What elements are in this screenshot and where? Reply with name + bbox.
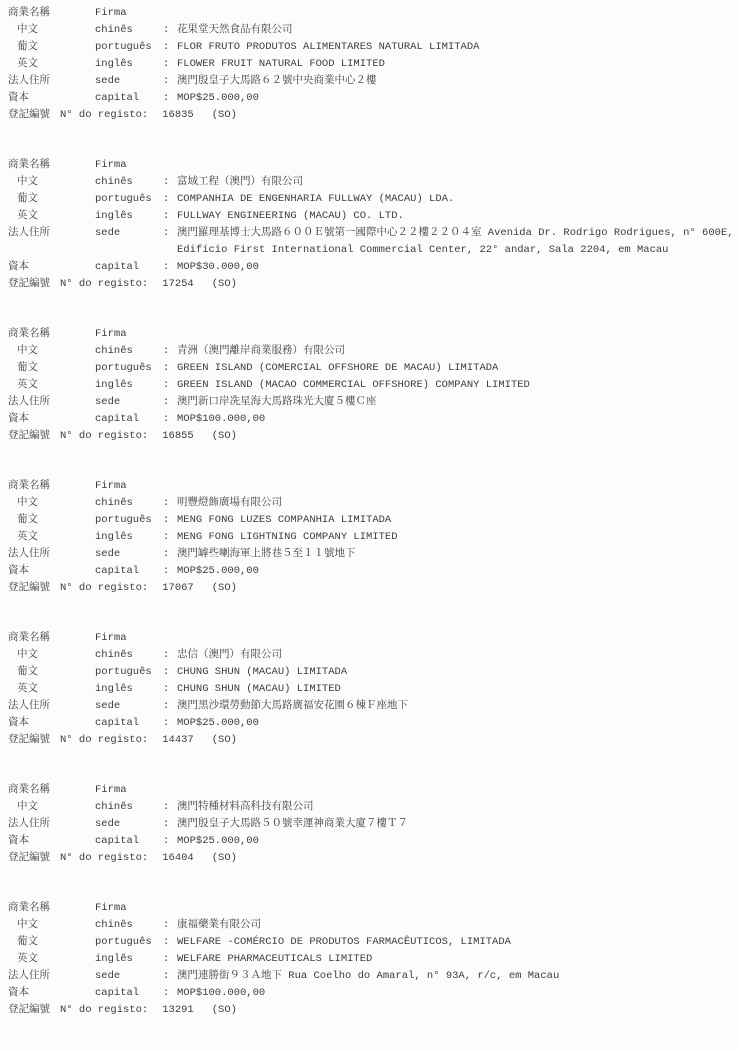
field-firma: 商業名稱Firma <box>8 157 738 174</box>
field-chinese-name: 中文chinês:富域工程（澳門）有限公司 <box>8 174 738 191</box>
registo-number: 16404 <box>162 850 194 867</box>
field-chinese-name-label-zh: 中文 <box>8 917 95 934</box>
field-portuguese-name: 葡文português:MENG FONG LUZES COMPANHIA LI… <box>8 512 738 529</box>
field-firma-label-zh: 商業名稱 <box>8 478 95 495</box>
field-sede-value: :澳門連勝街９３Ａ地下 Rua Coelho do Amaral, n° 93A… <box>163 968 738 985</box>
field-english-name-label-zh: 英文 <box>8 529 95 546</box>
field-portuguese-name-label-pt: português <box>95 191 163 208</box>
colon-separator: : <box>163 816 177 833</box>
field-registo: 登記編號N° do registo:17067(SO) <box>8 580 738 597</box>
registo-label-zh: 登記編號 <box>8 850 50 867</box>
field-portuguese-name-value: :COMPANHIA DE ENGENHARIA FULLWAY (MACAU)… <box>163 191 738 208</box>
field-chinese-name-label-pt: chinês <box>95 174 163 191</box>
field-chinese-name: 中文chinês:康福藥業有限公司 <box>8 917 738 934</box>
field-capital-value: :MOP$25.000,00 <box>163 563 738 580</box>
registo-suffix: (SO) <box>212 1002 237 1019</box>
field-capital-label-zh: 資本 <box>8 985 95 1002</box>
field-capital-label-pt: capital <box>95 833 163 850</box>
colon-separator: : <box>163 563 177 580</box>
field-sede-value: :澳門黑沙環勞動節大馬路廣福安花園６棟Ｆ座地下 <box>163 698 738 715</box>
field-capital: 資本capital:MOP$25.000,00 <box>8 90 738 107</box>
registo-label-pt: N° do registo: <box>60 428 148 445</box>
field-portuguese-name-value: :CHUNG SHUN (MACAU) LIMITADA <box>163 664 738 681</box>
field-registo: 登記編號N° do registo:16855(SO) <box>8 428 738 445</box>
registo-number: 16835 <box>162 107 194 124</box>
field-chinese-name-value: :明豐燈飾廣場有限公司 <box>163 495 738 512</box>
colon-separator: : <box>163 664 177 681</box>
field-portuguese-name-text: MENG FONG LUZES COMPANHIA LIMITADA <box>177 514 391 526</box>
field-capital-text: MOP$25.000,00 <box>177 835 259 847</box>
field-english-name-value: :FLOWER FRUIT NATURAL FOOD LIMITED <box>163 56 738 73</box>
field-firma-label-zh: 商業名稱 <box>8 157 95 174</box>
field-sede-text: 澳門罅些喇海軍上將巷５至１１號地下 <box>177 548 356 560</box>
colon-separator: : <box>163 529 177 546</box>
field-firma: 商業名稱Firma <box>8 782 738 799</box>
field-firma-label-zh: 商業名稱 <box>8 900 95 917</box>
registry-page: 商業名稱Firma中文chinês:花果堂天然食品有限公司葡文português… <box>0 0 738 1019</box>
field-capital-label-zh: 資本 <box>8 259 95 276</box>
field-english-name-label-zh: 英文 <box>8 56 95 73</box>
field-capital-label-pt: capital <box>95 985 163 1002</box>
field-portuguese-name-text: FLOR FRUTO PRODUTOS ALIMENTARES NATURAL … <box>177 41 479 53</box>
field-chinese-name-value: :青洲（澳門離岸商業服務）有限公司 <box>163 343 738 360</box>
registo-label-pt: N° do registo: <box>60 850 148 867</box>
field-chinese-name: 中文chinês:花果堂天然食品有限公司 <box>8 22 738 39</box>
field-capital-text: MOP$25.000,00 <box>177 565 259 577</box>
field-firma-label-pt: Firma <box>95 630 163 647</box>
field-capital-label-zh: 資本 <box>8 833 95 850</box>
field-chinese-name-label-pt: chinês <box>95 799 163 816</box>
colon-separator: : <box>163 22 177 39</box>
registry-entry: 商業名稱Firma中文chinês:康福藥業有限公司葡文português:WE… <box>8 900 738 1019</box>
colon-separator: : <box>163 174 177 191</box>
field-english-name-value: :WELFARE PHARMACEUTICALS LIMITED <box>163 951 738 968</box>
colon-separator: : <box>163 934 177 951</box>
field-capital: 資本capital:MOP$100.000,00 <box>8 985 738 1002</box>
field-english-name-label-pt: inglês <box>95 951 163 968</box>
field-portuguese-name: 葡文português:WELFARE -COMÉRCIO DE PRODUTO… <box>8 934 738 951</box>
field-sede-label-pt: sede <box>95 698 163 715</box>
registo-label-zh: 登記編號 <box>8 1002 50 1019</box>
field-firma-label-pt: Firma <box>95 326 163 343</box>
field-capital: 資本capital:MOP$30.000,00 <box>8 259 738 276</box>
colon-separator: : <box>163 681 177 698</box>
field-portuguese-name-label-pt: português <box>95 360 163 377</box>
field-portuguese-name-value: :GREEN ISLAND (COMERCIAL OFFSHORE DE MAC… <box>163 360 738 377</box>
field-chinese-name-label-zh: 中文 <box>8 174 95 191</box>
field-registo: 登記編號N° do registo:16835(SO) <box>8 107 738 124</box>
registo-number: 17254 <box>162 276 194 293</box>
field-capital-value: :MOP$25.000,00 <box>163 833 738 850</box>
colon-separator: : <box>163 225 177 242</box>
field-chinese-name-text: 青洲（澳門離岸商業服務）有限公司 <box>177 345 345 357</box>
field-chinese-name-value: :澳門特種材料高科技有限公司 <box>163 799 738 816</box>
field-capital-text: MOP$100.000,00 <box>177 987 265 999</box>
field-chinese-name-text: 澳門特種材料高科技有限公司 <box>177 801 314 813</box>
registo-label-pt: N° do registo: <box>60 107 148 124</box>
colon-separator: : <box>163 73 177 90</box>
field-chinese-name-label-zh: 中文 <box>8 22 95 39</box>
registo-label-zh: 登記編號 <box>8 276 50 293</box>
colon-separator: : <box>163 191 177 208</box>
field-firma-label-zh: 商業名稱 <box>8 630 95 647</box>
registo-label-zh: 登記編號 <box>8 580 50 597</box>
colon-separator: : <box>163 512 177 529</box>
field-portuguese-name-text: COMPANHIA DE ENGENHARIA FULLWAY (MACAU) … <box>177 193 454 205</box>
field-firma-label-zh: 商業名稱 <box>8 782 95 799</box>
field-english-name-text: WELFARE PHARMACEUTICALS LIMITED <box>177 953 372 965</box>
field-portuguese-name-text: GREEN ISLAND (COMERCIAL OFFSHORE DE MACA… <box>177 362 498 374</box>
field-portuguese-name-label-zh: 葡文 <box>8 191 95 208</box>
field-capital-label-zh: 資本 <box>8 411 95 428</box>
field-chinese-name-label-zh: 中文 <box>8 343 95 360</box>
field-sede-label-zh: 法人住所 <box>8 73 95 90</box>
field-english-name-value: :MENG FONG LIGHTNING COMPANY LIMITED <box>163 529 738 546</box>
field-sede-label-pt: sede <box>95 546 163 563</box>
field-sede-value: :澳門罅些喇海軍上將巷５至１１號地下 <box>163 546 738 563</box>
field-english-name-label-zh: 英文 <box>8 377 95 394</box>
colon-separator: : <box>163 917 177 934</box>
field-sede-label-pt: sede <box>95 73 163 90</box>
field-capital-label-zh: 資本 <box>8 563 95 580</box>
field-sede: 法人住所sede:澳門連勝街９３Ａ地下 Rua Coelho do Amaral… <box>8 968 738 985</box>
field-sede-value: :澳門殷皇子大馬路６２號中央商業中心２樓 <box>163 73 738 90</box>
field-sede-text: 澳門新口岸冼星海大馬路珠光大廈５樓Ｃ座 <box>177 396 377 408</box>
field-chinese-name: 中文chinês:青洲（澳門離岸商業服務）有限公司 <box>8 343 738 360</box>
field-capital-value: :MOP$25.000,00 <box>163 715 738 732</box>
field-english-name-label-pt: inglês <box>95 681 163 698</box>
colon-separator: : <box>163 394 177 411</box>
field-sede-value: :澳門新口岸冼星海大馬路珠光大廈５樓Ｃ座 <box>163 394 738 411</box>
field-english-name-value: :FULLWAY ENGINEERING (MACAU) CO. LTD. <box>163 208 738 225</box>
field-portuguese-name-label-pt: português <box>95 39 163 56</box>
field-portuguese-name-label-zh: 葡文 <box>8 934 95 951</box>
registo-label-pt: N° do registo: <box>60 580 148 597</box>
field-sede-label-zh: 法人住所 <box>8 394 95 411</box>
field-english-name: 英文inglês:WELFARE PHARMACEUTICALS LIMITED <box>8 951 738 968</box>
registo-label-zh: 登記編號 <box>8 107 50 124</box>
field-registo: 登記編號N° do registo:14437(SO) <box>8 732 738 749</box>
field-capital-value: :MOP$30.000,00 <box>163 259 738 276</box>
field-english-name: 英文inglês:FLOWER FRUIT NATURAL FOOD LIMIT… <box>8 56 738 73</box>
field-chinese-name-label-zh: 中文 <box>8 647 95 664</box>
registry-entry: 商業名稱Firma中文chinês:忠信（澳門）有限公司葡文português:… <box>8 630 738 749</box>
field-portuguese-name-text: CHUNG SHUN (MACAU) LIMITADA <box>177 666 347 678</box>
registo-label-pt: N° do registo: <box>60 732 148 749</box>
field-sede: 法人住所sede:澳門新口岸冼星海大馬路珠光大廈５樓Ｃ座 <box>8 394 738 411</box>
field-chinese-name-label-pt: chinês <box>95 495 163 512</box>
field-sede-text: 澳門羅理基博士大馬路６００Ｅ號第一國際中心２２樓２２０４室 Avenida Dr… <box>177 227 734 256</box>
field-capital-text: MOP$100.000,00 <box>177 413 265 425</box>
field-chinese-name: 中文chinês:明豐燈飾廣場有限公司 <box>8 495 738 512</box>
colon-separator: : <box>163 39 177 56</box>
field-portuguese-name-label-pt: português <box>95 512 163 529</box>
field-sede-value: :澳門羅理基博士大馬路６００Ｅ號第一國際中心２２樓２２０４室 Avenida D… <box>163 225 738 259</box>
field-chinese-name-label-zh: 中文 <box>8 495 95 512</box>
field-sede-label-pt: sede <box>95 225 163 242</box>
field-sede-label-zh: 法人住所 <box>8 225 95 242</box>
field-sede-label-pt: sede <box>95 816 163 833</box>
field-portuguese-name-label-zh: 葡文 <box>8 664 95 681</box>
field-registo: 登記編號N° do registo:13291(SO) <box>8 1002 738 1019</box>
registry-entry: 商業名稱Firma中文chinês:富域工程（澳門）有限公司葡文portuguê… <box>8 157 738 293</box>
colon-separator: : <box>163 360 177 377</box>
registo-suffix: (SO) <box>212 850 237 867</box>
field-portuguese-name: 葡文português:FLOR FRUTO PRODUTOS ALIMENTA… <box>8 39 738 56</box>
registo-label-zh: 登記編號 <box>8 732 50 749</box>
field-portuguese-name-label-pt: português <box>95 934 163 951</box>
field-sede: 法人住所sede:澳門黑沙環勞動節大馬路廣福安花園６棟Ｆ座地下 <box>8 698 738 715</box>
field-chinese-name-text: 明豐燈飾廣場有限公司 <box>177 497 282 509</box>
field-firma-label-pt: Firma <box>95 5 163 22</box>
field-firma-label-pt: Firma <box>95 157 163 174</box>
registo-suffix: (SO) <box>212 428 237 445</box>
field-capital-label-zh: 資本 <box>8 715 95 732</box>
field-portuguese-name: 葡文português:GREEN ISLAND (COMERCIAL OFFS… <box>8 360 738 377</box>
field-capital-text: MOP$25.000,00 <box>177 92 259 104</box>
field-chinese-name-value: :康福藥業有限公司 <box>163 917 738 934</box>
field-chinese-name-text: 花果堂天然食品有限公司 <box>177 24 293 36</box>
field-sede-value: :澳門殷皇子大馬路５０號幸運神商業大廈７樓Ｔ７ <box>163 816 738 833</box>
field-chinese-name-label-pt: chinês <box>95 647 163 664</box>
field-portuguese-name: 葡文português:COMPANHIA DE ENGENHARIA FULL… <box>8 191 738 208</box>
registry-entry: 商業名稱Firma中文chinês:青洲（澳門離岸商業服務）有限公司葡文port… <box>8 326 738 445</box>
field-capital-label-pt: capital <box>95 563 163 580</box>
colon-separator: : <box>163 833 177 850</box>
registo-number: 14437 <box>162 732 194 749</box>
field-portuguese-name-label-zh: 葡文 <box>8 39 95 56</box>
field-english-name-text: MENG FONG LIGHTNING COMPANY LIMITED <box>177 531 398 543</box>
field-capital: 資本capital:MOP$100.000,00 <box>8 411 738 428</box>
colon-separator: : <box>163 259 177 276</box>
field-capital-text: MOP$25.000,00 <box>177 717 259 729</box>
field-firma-label-pt: Firma <box>95 900 163 917</box>
registo-number: 13291 <box>162 1002 194 1019</box>
field-portuguese-name-value: :MENG FONG LUZES COMPANHIA LIMITADA <box>163 512 738 529</box>
registo-label-pt: N° do registo: <box>60 1002 148 1019</box>
colon-separator: : <box>163 799 177 816</box>
colon-separator: : <box>163 343 177 360</box>
registo-number: 16855 <box>162 428 194 445</box>
field-sede-label-zh: 法人住所 <box>8 546 95 563</box>
field-english-name-value: :CHUNG SHUN (MACAU) LIMITED <box>163 681 738 698</box>
field-english-name-label-zh: 英文 <box>8 208 95 225</box>
colon-separator: : <box>163 208 177 225</box>
field-english-name-label-pt: inglês <box>95 56 163 73</box>
registo-label-pt: N° do registo: <box>60 276 148 293</box>
registo-suffix: (SO) <box>212 107 237 124</box>
field-chinese-name-text: 忠信（澳門）有限公司 <box>177 649 282 661</box>
registo-suffix: (SO) <box>212 276 237 293</box>
field-registo: 登記編號N° do registo:17254(SO) <box>8 276 738 293</box>
field-firma: 商業名稱Firma <box>8 5 738 22</box>
colon-separator: : <box>163 90 177 107</box>
field-firma-label-zh: 商業名稱 <box>8 5 95 22</box>
registo-suffix: (SO) <box>212 732 237 749</box>
field-sede: 法人住所sede:澳門羅理基博士大馬路６００Ｅ號第一國際中心２２樓２２０４室 A… <box>8 225 738 259</box>
field-chinese-name-value: :花果堂天然食品有限公司 <box>163 22 738 39</box>
field-firma-label-pt: Firma <box>95 782 163 799</box>
field-capital-label-zh: 資本 <box>8 90 95 107</box>
field-chinese-name-value: :富域工程（澳門）有限公司 <box>163 174 738 191</box>
field-english-name: 英文inglês:MENG FONG LIGHTNING COMPANY LIM… <box>8 529 738 546</box>
field-capital-value: :MOP$25.000,00 <box>163 90 738 107</box>
field-english-name-value: :GREEN ISLAND (MACAO COMMERCIAL OFFSHORE… <box>163 377 738 394</box>
colon-separator: : <box>163 647 177 664</box>
colon-separator: : <box>163 985 177 1002</box>
field-english-name-text: CHUNG SHUN (MACAU) LIMITED <box>177 683 341 695</box>
field-portuguese-name-label-zh: 葡文 <box>8 360 95 377</box>
field-capital-text: MOP$30.000,00 <box>177 261 259 273</box>
field-capital: 資本capital:MOP$25.000,00 <box>8 833 738 850</box>
field-portuguese-name: 葡文português:CHUNG SHUN (MACAU) LIMITADA <box>8 664 738 681</box>
field-english-name-text: GREEN ISLAND (MACAO COMMERCIAL OFFSHORE)… <box>177 379 530 391</box>
field-chinese-name-label-pt: chinês <box>95 343 163 360</box>
field-capital: 資本capital:MOP$25.000,00 <box>8 715 738 732</box>
colon-separator: : <box>163 698 177 715</box>
field-sede-text: 澳門殷皇子大馬路６２號中央商業中心２樓 <box>177 75 377 87</box>
field-english-name-label-zh: 英文 <box>8 681 95 698</box>
colon-separator: : <box>163 377 177 394</box>
registo-label-zh: 登記編號 <box>8 428 50 445</box>
field-sede-label-pt: sede <box>95 394 163 411</box>
field-capital-label-pt: capital <box>95 90 163 107</box>
field-firma: 商業名稱Firma <box>8 630 738 647</box>
field-capital-label-pt: capital <box>95 259 163 276</box>
field-sede-text: 澳門黑沙環勞動節大馬路廣福安花園６棟Ｆ座地下 <box>177 700 408 712</box>
colon-separator: : <box>163 951 177 968</box>
colon-separator: : <box>163 968 177 985</box>
field-firma-label-zh: 商業名稱 <box>8 326 95 343</box>
registry-entry: 商業名稱Firma中文chinês:澳門特種材料高科技有限公司法人住所sede:… <box>8 782 738 867</box>
registo-number: 17067 <box>162 580 194 597</box>
field-sede-label-zh: 法人住所 <box>8 816 95 833</box>
field-chinese-name-label-zh: 中文 <box>8 799 95 816</box>
field-capital-label-pt: capital <box>95 411 163 428</box>
field-sede-label-zh: 法人住所 <box>8 968 95 985</box>
field-portuguese-name-label-pt: português <box>95 664 163 681</box>
field-registo: 登記編號N° do registo:16404(SO) <box>8 850 738 867</box>
field-chinese-name: 中文chinês:澳門特種材料高科技有限公司 <box>8 799 738 816</box>
field-chinese-name: 中文chinês:忠信（澳門）有限公司 <box>8 647 738 664</box>
registry-entry: 商業名稱Firma中文chinês:明豐燈飾廣場有限公司葡文português:… <box>8 478 738 597</box>
field-firma: 商業名稱Firma <box>8 900 738 917</box>
registry-entry: 商業名稱Firma中文chinês:花果堂天然食品有限公司葡文português… <box>8 5 738 124</box>
field-sede: 法人住所sede:澳門殷皇子大馬路６２號中央商業中心２樓 <box>8 73 738 90</box>
field-sede: 法人住所sede:澳門殷皇子大馬路５０號幸運神商業大廈７樓Ｔ７ <box>8 816 738 833</box>
field-chinese-name-text: 富域工程（澳門）有限公司 <box>177 176 303 188</box>
field-portuguese-name-label-zh: 葡文 <box>8 512 95 529</box>
field-sede-label-zh: 法人住所 <box>8 698 95 715</box>
field-sede-label-pt: sede <box>95 968 163 985</box>
field-english-name-label-pt: inglês <box>95 377 163 394</box>
field-capital: 資本capital:MOP$25.000,00 <box>8 563 738 580</box>
field-firma: 商業名稱Firma <box>8 478 738 495</box>
field-portuguese-name-value: :FLOR FRUTO PRODUTOS ALIMENTARES NATURAL… <box>163 39 738 56</box>
field-chinese-name-value: :忠信（澳門）有限公司 <box>163 647 738 664</box>
colon-separator: : <box>163 715 177 732</box>
field-firma-label-pt: Firma <box>95 478 163 495</box>
registo-suffix: (SO) <box>212 580 237 597</box>
field-chinese-name-text: 康福藥業有限公司 <box>177 919 261 931</box>
field-english-name-label-zh: 英文 <box>8 951 95 968</box>
colon-separator: : <box>163 495 177 512</box>
field-english-name-label-pt: inglês <box>95 208 163 225</box>
field-chinese-name-label-pt: chinês <box>95 22 163 39</box>
field-sede-text: 澳門連勝街９３Ａ地下 Rua Coelho do Amaral, n° 93A,… <box>177 970 559 982</box>
field-capital-value: :MOP$100.000,00 <box>163 411 738 428</box>
colon-separator: : <box>163 411 177 428</box>
field-english-name-text: FLOWER FRUIT NATURAL FOOD LIMITED <box>177 58 385 70</box>
field-english-name: 英文inglês:CHUNG SHUN (MACAU) LIMITED <box>8 681 738 698</box>
field-portuguese-name-value: :WELFARE -COMÉRCIO DE PRODUTOS FARMACÊUT… <box>163 934 738 951</box>
field-firma: 商業名稱Firma <box>8 326 738 343</box>
field-portuguese-name-text: WELFARE -COMÉRCIO DE PRODUTOS FARMACÊUTI… <box>177 936 511 948</box>
field-english-name: 英文inglês:GREEN ISLAND (MACAO COMMERCIAL … <box>8 377 738 394</box>
field-english-name-label-pt: inglês <box>95 529 163 546</box>
field-chinese-name-label-pt: chinês <box>95 917 163 934</box>
field-english-name: 英文inglês:FULLWAY ENGINEERING (MACAU) CO.… <box>8 208 738 225</box>
field-capital-label-pt: capital <box>95 715 163 732</box>
field-capital-value: :MOP$100.000,00 <box>163 985 738 1002</box>
field-sede: 法人住所sede:澳門罅些喇海軍上將巷５至１１號地下 <box>8 546 738 563</box>
field-english-name-text: FULLWAY ENGINEERING (MACAU) CO. LTD. <box>177 210 404 222</box>
colon-separator: : <box>163 546 177 563</box>
colon-separator: : <box>163 56 177 73</box>
field-sede-text: 澳門殷皇子大馬路５０號幸運神商業大廈７樓Ｔ７ <box>177 818 408 830</box>
